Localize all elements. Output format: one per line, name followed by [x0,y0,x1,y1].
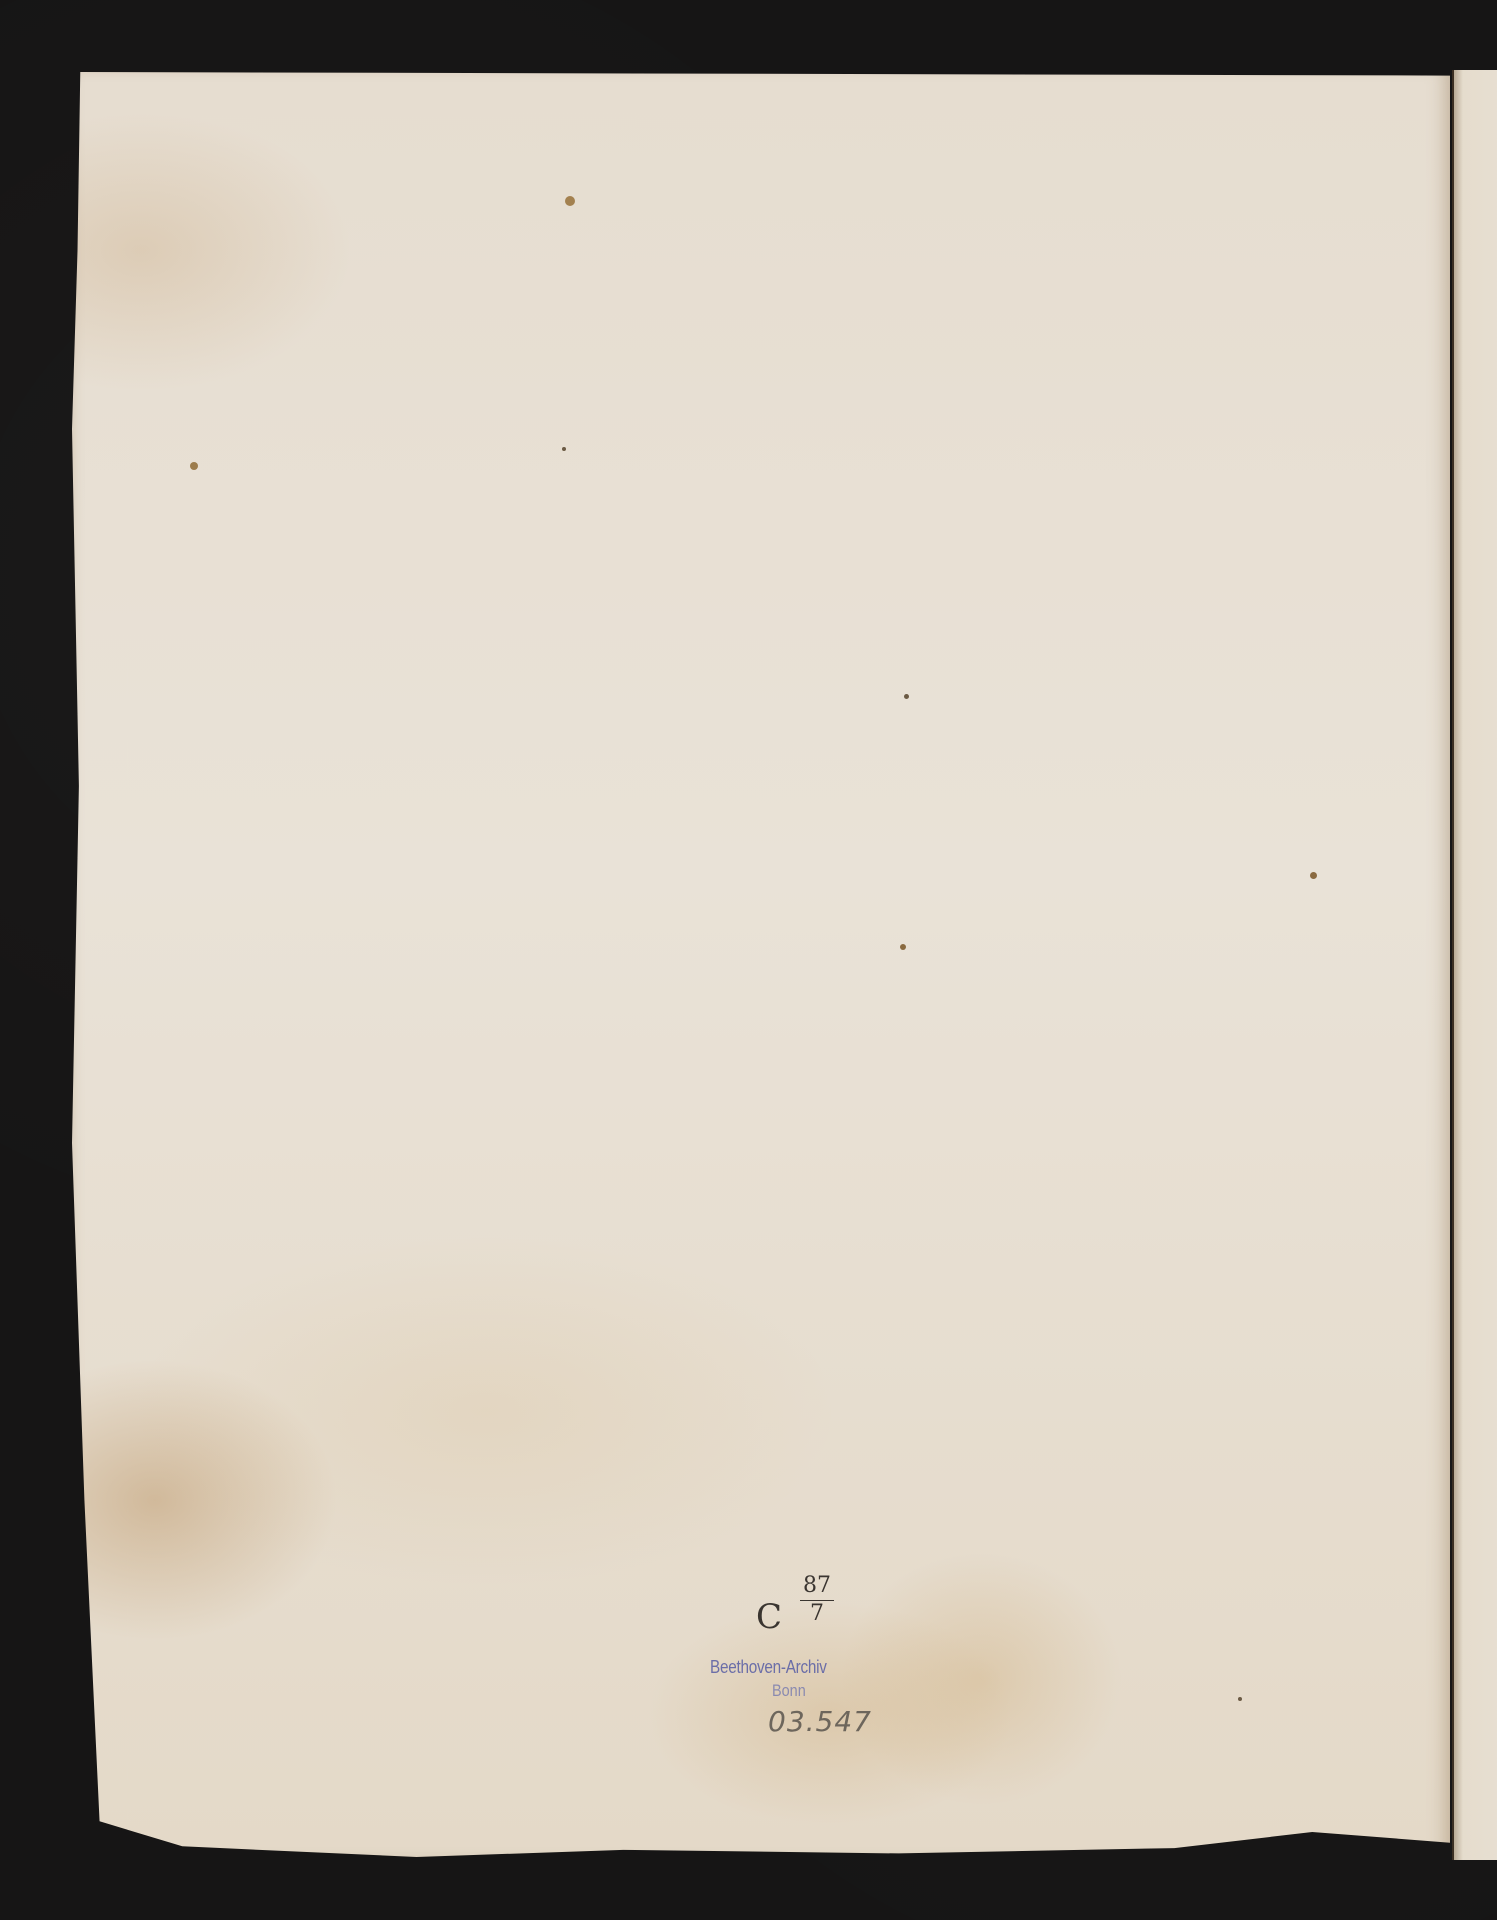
library-marks: C 87 7 Beethoven-Archiv Bonn 03.547 [700,1575,900,1755]
shelfmark-letter: C [756,1597,782,1637]
foxing-spot [900,944,906,950]
foxing-spot [562,447,566,451]
archive-stamp-name: Beethoven-Archiv [710,1657,827,1678]
foxing-spot [190,462,198,470]
foxing-spot [904,694,909,699]
foxing-spot [1310,872,1317,879]
adjacent-page-edge [1452,70,1497,1860]
accession-number: 03.547 [768,1705,872,1738]
shelfmark-numerator: 87 [803,1573,831,1598]
foxing-spot [565,196,575,206]
shelfmark-denominator: 7 [810,1601,824,1626]
foxing-spot [1238,1697,1242,1701]
archive-stamp-city: Bonn [772,1681,806,1701]
shelfmark-fraction: 87 7 [800,1575,834,1625]
